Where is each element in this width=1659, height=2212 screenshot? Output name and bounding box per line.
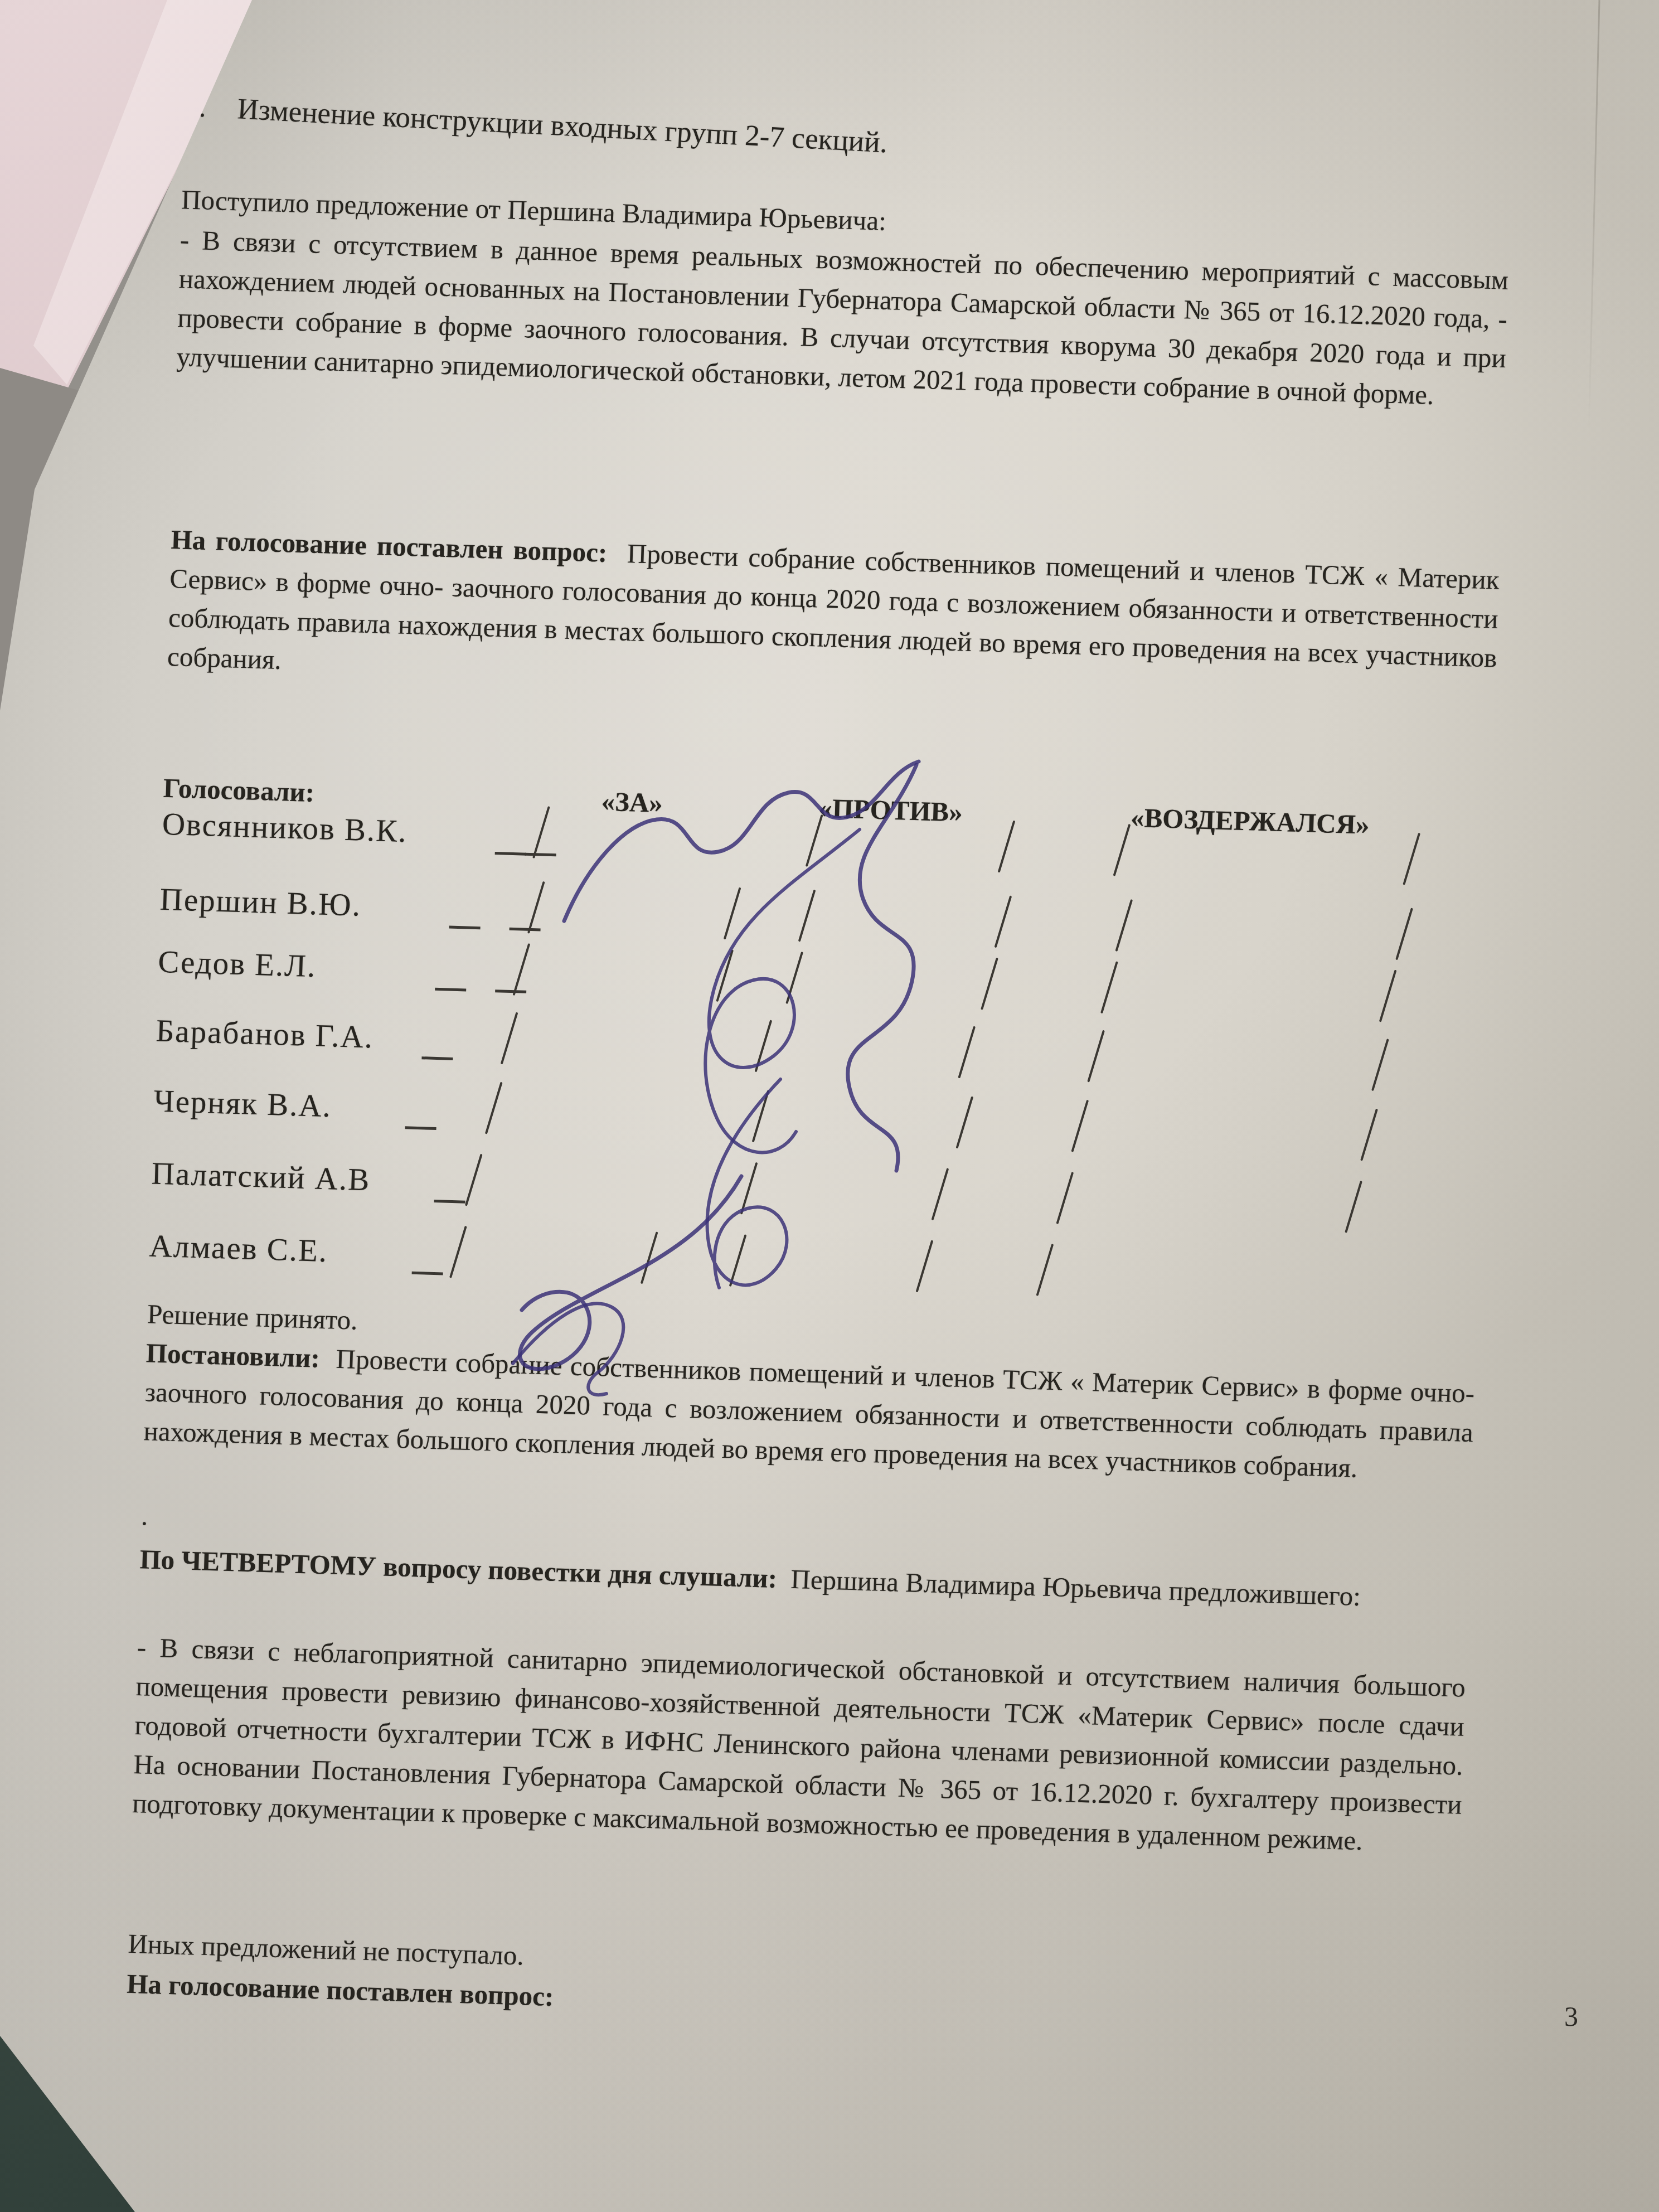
vote-underscore-mark: [421, 1056, 453, 1060]
vote-slash-mark: [724, 887, 741, 940]
vote-slash-mark: [1379, 970, 1397, 1022]
vote-slash-mark: [501, 1012, 518, 1064]
vote-slash-mark: [1056, 1172, 1074, 1224]
vote-slash-mark: [1071, 1100, 1089, 1152]
vote-slash-mark: [1395, 908, 1413, 960]
vote-slash-mark: [449, 1226, 467, 1278]
voter-name: Алмаев С.Е.: [149, 1228, 328, 1269]
vote-slash-mark: [995, 895, 1012, 948]
vote-slash-mark: [754, 1020, 772, 1072]
vote-slash-mark: [1087, 1030, 1105, 1083]
document-page: 8.Изменение конструкции входных групп 2-…: [0, 0, 1659, 2212]
column-za: «ЗА»: [601, 782, 663, 823]
voter-name: Седов Е.Л.: [158, 944, 317, 984]
vote-slash-mark: [740, 1162, 758, 1215]
vote-slash-mark: [512, 943, 530, 996]
resolution-label: Постановили:: [145, 1337, 336, 1374]
vote-slash-mark: [1115, 899, 1133, 952]
vote-underscore-mark: [434, 1200, 465, 1204]
vote-question-label: На голосование поставлен вопрос:: [171, 524, 628, 569]
vote-slash-mark: [485, 1082, 503, 1134]
voter-name: Палатский А.В: [151, 1156, 371, 1197]
vote-underscore-mark: [495, 989, 526, 993]
agenda-item-title: Изменение конструкции входных групп 2-7 …: [236, 93, 888, 159]
vote-underscore-mark: [435, 988, 466, 992]
voter-name: Барабанов Г.А.: [156, 1013, 374, 1055]
vote-slash-mark: [1345, 1181, 1362, 1233]
vote-underscore-mark: [510, 928, 541, 932]
voting-table: Голосовали: «ЗА» «ПРОТИВ» «ВОЗДЕРЖАЛСЯ» …: [148, 769, 1492, 1338]
vote-slash-mark: [958, 1026, 976, 1079]
voter-name: Черняк В.А.: [153, 1084, 332, 1124]
vote-slash-mark: [1036, 1244, 1054, 1296]
voter-name: Овсянников В.К.: [162, 807, 408, 849]
vote-underscore-mark: [525, 853, 556, 857]
vote-slash-mark: [932, 1168, 949, 1220]
vote-slash-mark: [527, 881, 545, 934]
vote-slash-mark: [916, 1240, 934, 1292]
vote-slash-mark: [1360, 1109, 1378, 1161]
vote-slash-mark: [798, 890, 816, 942]
vote-slash-mark: [716, 949, 734, 1002]
vote-slash-mark: [1100, 961, 1118, 1013]
vote-slash-mark: [729, 1234, 747, 1287]
photographed-document: 8.Изменение конструкции входных групп 2-…: [0, 0, 1659, 2212]
vote-slash-mark: [752, 1090, 770, 1142]
vote-slash-mark: [785, 952, 803, 1004]
vote-slash-mark: [465, 1154, 483, 1206]
vote-slash-mark: [641, 1231, 658, 1284]
vote-underscore-mark: [495, 852, 526, 856]
vote-slash-mark: [1371, 1039, 1389, 1091]
voter-name: Першин В.Ю.: [159, 882, 362, 923]
vote-underscore-mark: [405, 1126, 436, 1130]
page-number: 3: [1564, 2000, 1578, 2032]
vote-slash-mark: [981, 958, 998, 1010]
fourth-item-speaker: Першина Владимира Юрьевича предложившего…: [790, 1564, 1361, 1612]
vote-underscore-mark: [412, 1272, 443, 1275]
vote-underscore-mark: [449, 926, 481, 930]
vote-slash-mark: [955, 1096, 973, 1148]
document-content: 8.Изменение конструкции входных групп 2-…: [122, 76, 1513, 2190]
vote-question-paragraph: На голосование поставлен вопрос:Провести…: [167, 520, 1500, 717]
fourth-item-body: - В связи с неблагоприятной санитарно эп…: [132, 1628, 1466, 1864]
